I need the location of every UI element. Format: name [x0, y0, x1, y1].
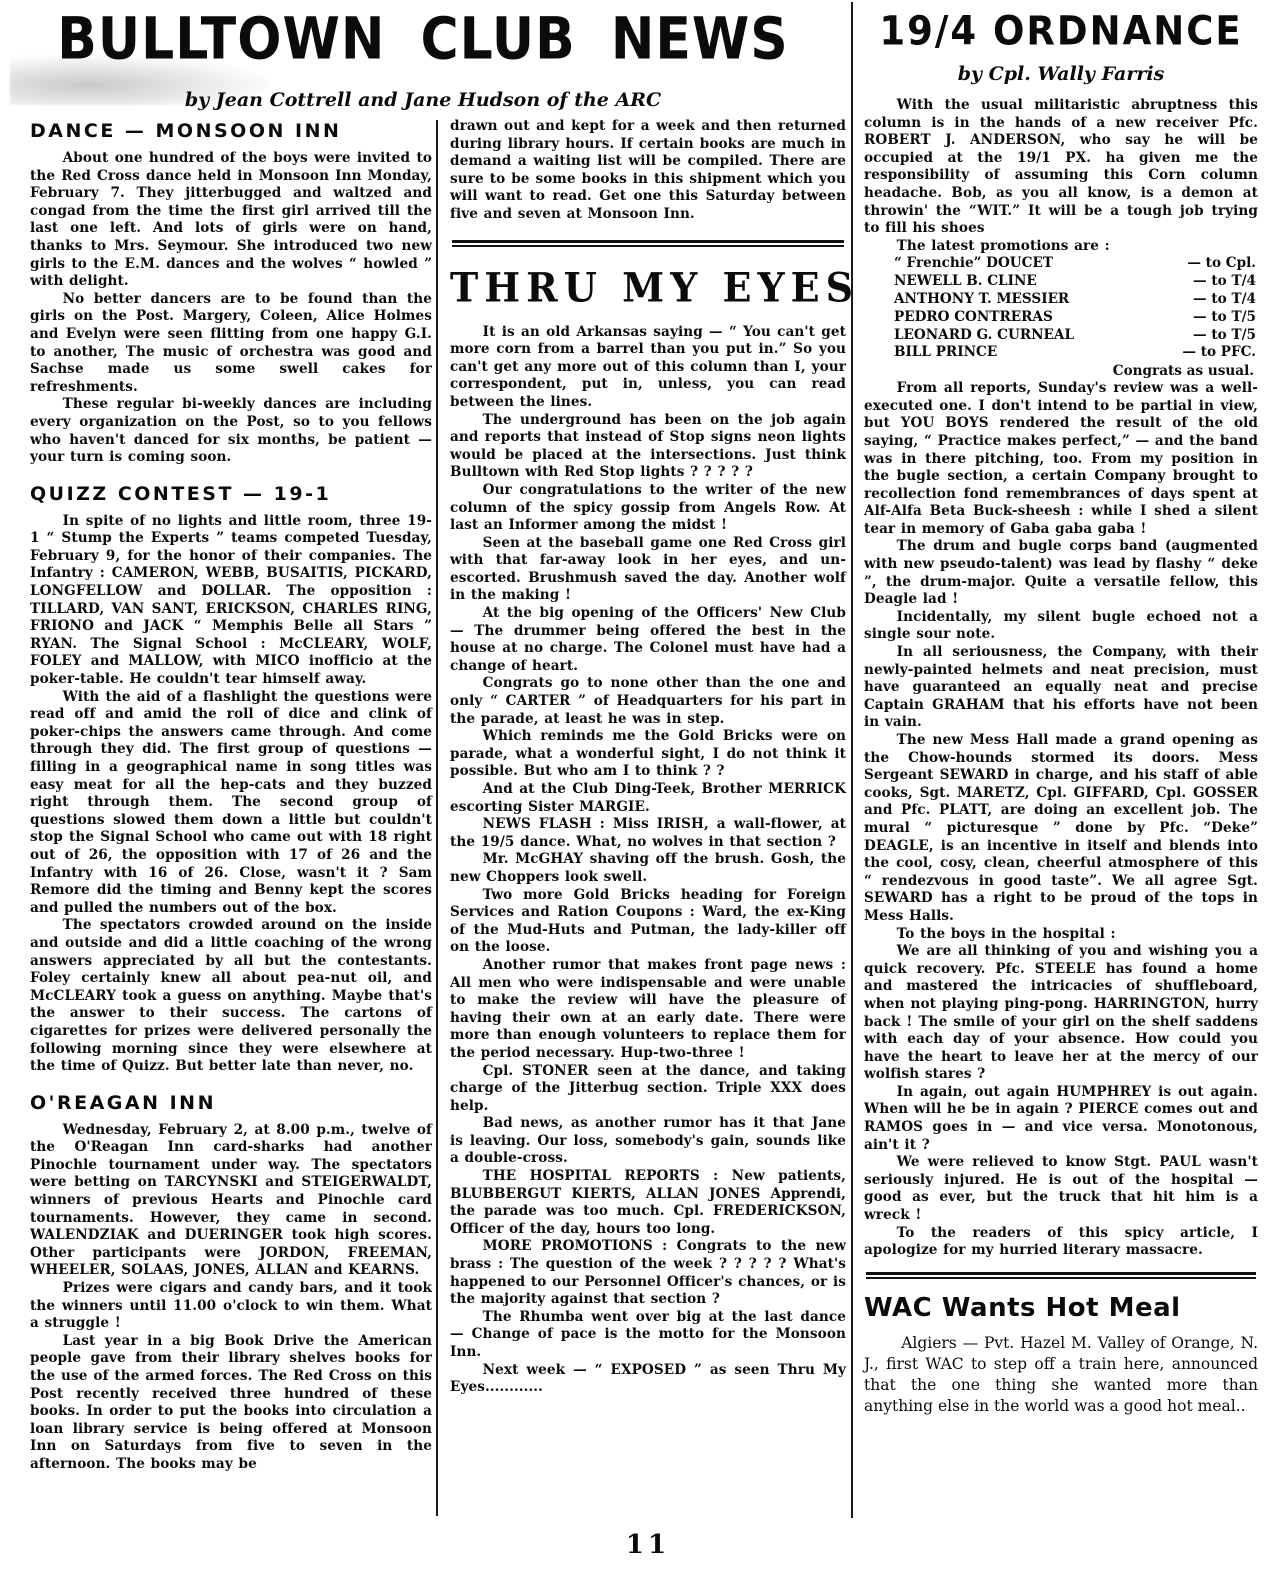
paragraph: Bad news, as another rumor has it that J… [450, 1115, 846, 1168]
paragraph: In all seriousness, the Company, with th… [864, 644, 1258, 732]
newspaper-page: BULLTOWN CLUB NEWS by Jean Cottrell and … [0, 0, 1264, 1583]
paragraph: The new Mess Hall made a grand opening a… [864, 732, 1258, 926]
page-title: BULLTOWN CLUB NEWS [0, 6, 846, 73]
promotion-row: “ Frenchie” DOUCET — to Cpl. [894, 255, 1258, 273]
paragraph: At the big opening of the Officers' New … [450, 605, 846, 675]
paragraph: Two more Gold Bricks heading for Foreign… [450, 887, 846, 957]
paragraph: Congrats go to none other than the one a… [450, 675, 846, 728]
promotions-footer: Congrats as usual. [864, 362, 1258, 380]
article-byline: by Cpl. Wally Farris [864, 63, 1258, 85]
article-heading-thru-my-eyes: THRU MY EYES [450, 263, 846, 310]
article-heading-19-4-ordnance: 19/4 ORDNANCE [864, 8, 1258, 54]
paragraph: MORE PROMOTIONS : Congrats to the new br… [450, 1238, 846, 1308]
promotion-row: ANTHONY T. MESSIER — to T/4 [894, 291, 1258, 309]
paragraph: Another rumor that makes front page news… [450, 957, 846, 1063]
continuation-paragraph: drawn out and kept for a week and then r… [450, 118, 846, 224]
paragraph: In again, out again HUMPHREY is out agai… [864, 1084, 1258, 1154]
lead-paragraph: With the usual militaristic abruptness t… [864, 97, 1258, 238]
promotion-name: ANTHONY T. MESSIER [894, 291, 1069, 309]
promotion-row: NEWELL B. CLINE — to T/4 [894, 273, 1258, 291]
promotion-row: PEDRO CONTRERAS — to T/5 [894, 309, 1258, 327]
paragraph: NEWS FLASH : Miss IRISH, a wall-flower, … [450, 816, 846, 851]
section-heading-quizz-contest: QUIZZ CONTEST — 19-1 [30, 483, 432, 505]
section-divider-rule [866, 1272, 1256, 1279]
promotions-intro: The latest promotions are : [864, 238, 1258, 256]
paragraph: These regular bi-weekly dances are inclu… [30, 396, 432, 466]
column-divider-right [851, 2, 853, 1518]
paragraph: From all reports, Sunday's review was a … [864, 380, 1258, 538]
masthead-byline: by Jean Cottrell and Jane Hudson of the … [0, 89, 846, 111]
paragraph: No better dancers are to be found than t… [30, 291, 432, 397]
paragraph: Mr. McGHAY shaving off the brush. Gosh, … [450, 851, 846, 886]
promotion-rank: — to PFC. [1182, 344, 1258, 362]
paragraph: In spite of no lights and little room, t… [30, 513, 432, 689]
paragraph: Last year in a big Book Drive the Americ… [30, 1333, 432, 1474]
promotion-rank: — to Cpl. [1187, 255, 1258, 273]
paragraph: Which reminds me the Gold Bricks were on… [450, 728, 846, 781]
middle-column: drawn out and kept for a week and then r… [450, 118, 846, 1397]
paragraph: The drum and bugle corps band (augmented… [864, 538, 1258, 608]
promotion-name: LEONARD G. CURNEAL [894, 327, 1074, 345]
paragraph: We are all thinking of you and wishing y… [864, 943, 1258, 1084]
paragraph: Algiers — Pvt. Hazel M. Valley of Orange… [864, 1333, 1258, 1417]
promotion-rank: — to T/4 [1193, 291, 1258, 309]
promotion-name: PEDRO CONTRERAS [894, 309, 1053, 327]
promotion-name: BILL PRINCE [894, 344, 997, 362]
paragraph: The Rhumba went over big at the last dan… [450, 1309, 846, 1362]
promotions-list: “ Frenchie” DOUCET — to Cpl. NEWELL B. C… [864, 255, 1258, 362]
paragraph: The spectators crowded around on the ins… [30, 917, 432, 1075]
promotion-name: “ Frenchie” DOUCET [894, 255, 1053, 273]
promotion-name: NEWELL B. CLINE [894, 273, 1037, 291]
paragraph: Incidentally, my silent bugle echoed not… [864, 609, 1258, 644]
paragraph: Next week — “ EXPOSED ” as seen Thru My … [450, 1362, 846, 1397]
promotion-rank: — to T/5 [1193, 309, 1258, 327]
paragraph: Seen at the baseball game one Red Cross … [450, 535, 846, 605]
paragraph: It is an old Arkansas saying — “ You can… [450, 324, 846, 412]
promotion-row: LEONARD G. CURNEAL — to T/5 [894, 327, 1258, 345]
paragraph: THE HOSPITAL REPORTS : New patients, BLU… [450, 1168, 846, 1238]
promotion-rank: — to T/5 [1193, 327, 1258, 345]
paragraph: Wednesday, February 2, at 8.00 p.m., twe… [30, 1122, 432, 1280]
paragraph: To the boys in the hospital : [864, 926, 1258, 944]
right-column: 19/4 ORDNANCE by Cpl. Wally Farris With … [864, 8, 1258, 1417]
left-column: DANCE — MONSOON INN About one hundred of… [30, 120, 432, 1474]
paragraph: Cpl. STONER seen at the dance, and takin… [450, 1063, 846, 1116]
promotion-row: BILL PRINCE — to PFC. [894, 344, 1258, 362]
paragraph: Our congratulations to the writer of the… [450, 482, 846, 535]
paragraph: With the aid of a flashlight the questio… [30, 689, 432, 918]
section-heading-dance-monsoon-inn: DANCE — MONSOON INN [30, 120, 432, 142]
section-heading-oreagan-inn: O'REAGAN INN [30, 1092, 432, 1114]
masthead: BULLTOWN CLUB NEWS by Jean Cottrell and … [0, 6, 846, 111]
paragraph: We were relieved to know Stgt. PAUL wasn… [864, 1154, 1258, 1224]
paragraph: Prizes were cigars and candy bars, and i… [30, 1280, 432, 1333]
section-divider-rule [452, 240, 844, 247]
paragraph: And at the Club Ding-Teek, Brother MERRI… [450, 781, 846, 816]
article-heading-wac-wants-hot-meal: WAC Wants Hot Meal [864, 1293, 1258, 1323]
page-number: 11 [450, 1530, 846, 1560]
column-divider-left [436, 120, 438, 1516]
paragraph: The underground has been on the job agai… [450, 412, 846, 482]
paragraph: About one hundred of the boys were invit… [30, 150, 432, 291]
promotion-rank: — to T/4 [1193, 273, 1258, 291]
paragraph: To the readers of this spicy article, I … [864, 1225, 1258, 1260]
